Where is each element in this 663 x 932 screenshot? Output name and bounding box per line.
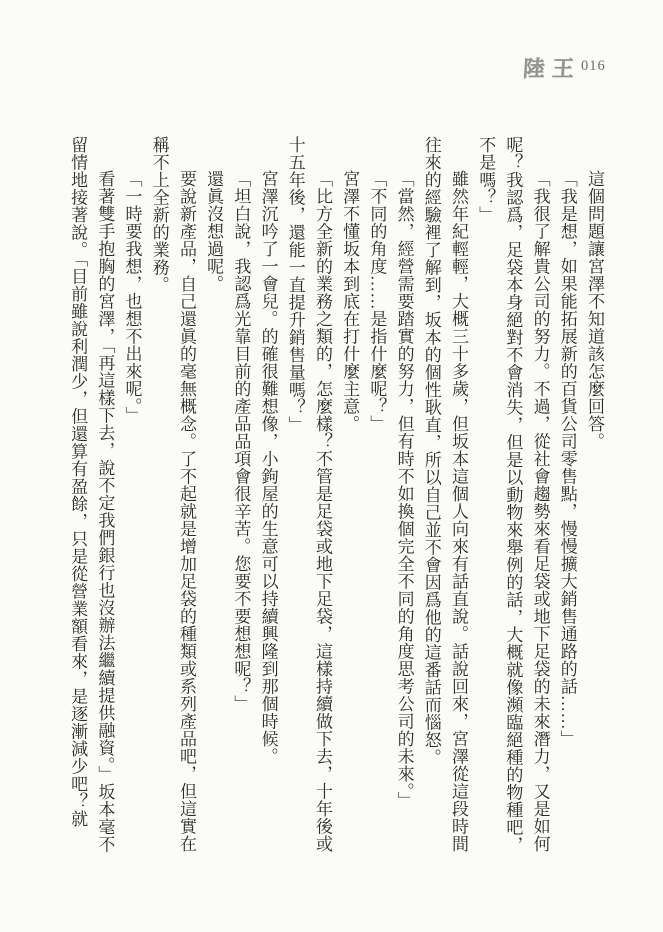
paragraph-8: 「比方全新的業務之類的，怎麼樣？不管是足袋或地下足袋，這樣持續做下去，十年後或十… <box>282 136 336 855</box>
running-head: 陸王 016 <box>0 50 663 80</box>
body-text: 這個問題讓宮澤不知道該怎麼回答。 「我是想，如果能拓展新的百貨公司零售點，慢慢擴… <box>52 136 608 855</box>
paragraph-7: 宮澤不懂坂本到底在打什麼主意。 <box>336 136 363 855</box>
paragraph-4: 雖然年紀輕輕，大概三十多歲，但坂本這個人向來有話直說。話說回來，宮澤從這段時間往… <box>418 136 472 855</box>
book-title-logo: 陸王 <box>522 52 582 83</box>
paragraph-6: 「不同的角度……是指什麼呢？」 <box>363 136 390 855</box>
paragraph-12: 要說新產品，自己還眞的毫無概念。了不起就是增加足袋的種類或系列產品吧，但這實在稱… <box>146 136 200 855</box>
paragraph-3: 「我很了解貴公司的努力。不過，從社會趨勢來看足袋或地下足袋的未來潛力，又是如何呢… <box>472 136 554 855</box>
page-number: 016 <box>581 58 606 75</box>
paragraph-14: 看著雙手抱胸的宮澤，「再這樣下去，說不定我們銀行也沒辦法繼續提供融資。」坂本毫不… <box>64 136 118 855</box>
paragraph-10: 「坦白說，我認爲光靠目前的產品品項會很辛苦。您要不要想想呢？」 <box>227 136 254 855</box>
paragraph-5: 「當然，經營需要踏實的努力，但有時不如換個完全不同的角度思考公司的未來。」 <box>390 136 417 855</box>
paragraph-2: 「我是想，如果能拓展新的百貨公司零售點，慢慢擴大銷售通路的話……」 <box>554 136 581 855</box>
book-page: 陸王 016 這個問題讓宮澤不知道該怎麼回答。 「我是想，如果能拓展新的百貨公司… <box>0 0 663 932</box>
paragraph-13: 「一時要我想，也想不出來呢。」 <box>118 136 145 855</box>
paragraph-9: 宮澤沉吟了一會兒。的確很難想像，小鉤屋的生意可以持續興隆到那個時候。 <box>254 136 281 855</box>
paragraph-11: 還眞沒想過呢。 <box>200 136 227 855</box>
paragraph-1: 這個問題讓宮澤不知道該怎麼回答。 <box>581 136 608 855</box>
